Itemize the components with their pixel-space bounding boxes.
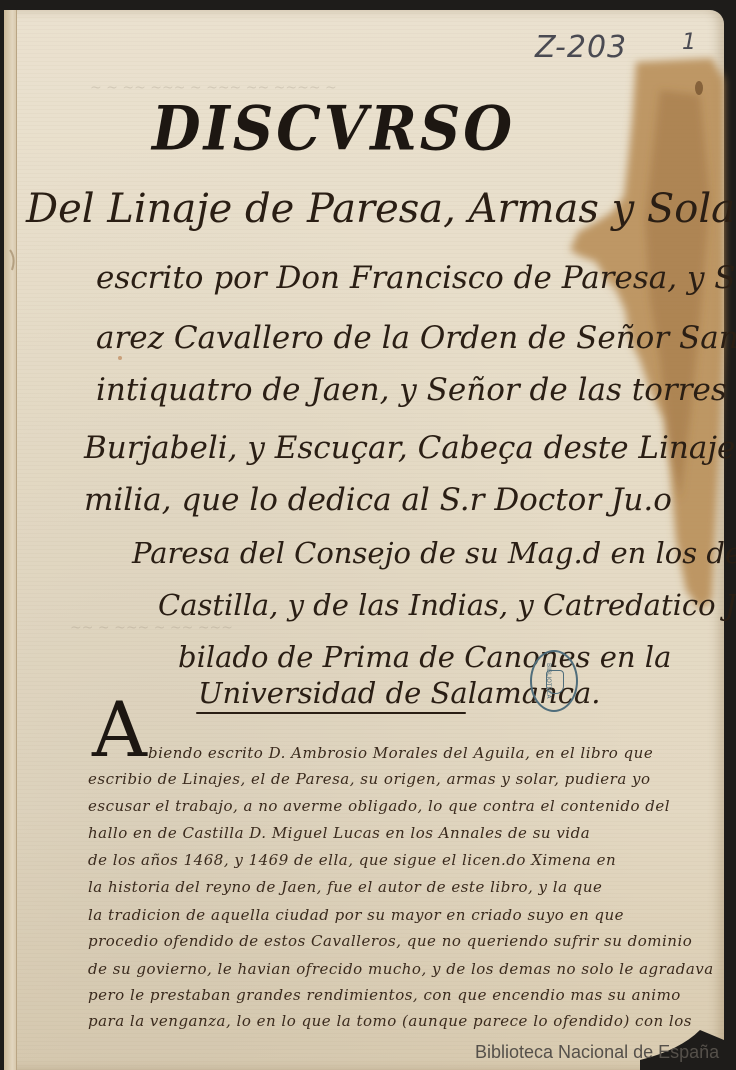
body-line: la tradicion de aquella ciudad por su ma… <box>88 906 624 924</box>
body-line: la historia del reyno de Jaen, fue el au… <box>88 878 602 896</box>
body-line: biendo escrito D. Ambrosio Morales del A… <box>148 744 653 762</box>
stamp-text: BIBLIOTECA <box>532 652 576 710</box>
body-line: de los años 1468, y 1469 de ella, que si… <box>88 851 616 869</box>
body-line: escribio de Linajes, el de Paresa, su or… <box>88 770 651 788</box>
drop-cap: A <box>92 692 147 768</box>
heading-line: Burjabeli, y Escuçar, Cabeça deste Linaj… <box>84 430 736 466</box>
body-line: de su govierno, le havian ofrecido mucho… <box>88 960 714 978</box>
body-line: para la venganza, lo en lo que la tomo (… <box>88 1012 692 1030</box>
document-title: DISCVRSO <box>152 93 515 164</box>
heading-line: Paresa del Consejo de su Mag.d en los de <box>132 536 736 570</box>
body-line: pero le prestaban grandes rendimientos, … <box>88 986 681 1004</box>
binding-spine <box>4 10 17 1070</box>
body-line: escusar el trabajo, a no averme obligado… <box>88 797 670 815</box>
folio-number: 1 <box>682 30 696 55</box>
heading-line: Del Linaje de Paresa, Armas y Solar <box>26 186 736 232</box>
body-line: procedio ofendido de estos Cavalleros, q… <box>88 932 692 950</box>
heading-line: milia, que lo dedica al S.r Doctor Ju.o <box>84 482 672 518</box>
heading-line: bilado de Prima de Canones en la <box>178 640 671 674</box>
library-stamp: BIBLIOTECA <box>530 650 578 712</box>
heading-line: escrito por Don Francisco de Paresa, y S… <box>96 260 736 296</box>
bleed-through-text: ~ ~ ~~ ~~~ ~ ~~~ ~~ ~~~~ ~ <box>90 80 337 96</box>
library-watermark: Biblioteca Nacional de España <box>475 1042 719 1063</box>
body-line: hallo en de Castilla D. Miguel Lucas en … <box>88 824 590 842</box>
heading-line: intiquatro de Jaen, y Señor de las torre… <box>96 372 736 408</box>
heading-line: arez Cavallero de la Orden de Señor Sant… <box>96 320 736 356</box>
flourish-underline <box>196 712 466 714</box>
bleed-through-text: ~~ ~ ~~~ ~ ~~ ~~~ <box>70 620 233 636</box>
heading-line: Castilla, y de las Indias, y Catredatico… <box>158 588 736 622</box>
call-number: Z-203 <box>535 30 627 65</box>
